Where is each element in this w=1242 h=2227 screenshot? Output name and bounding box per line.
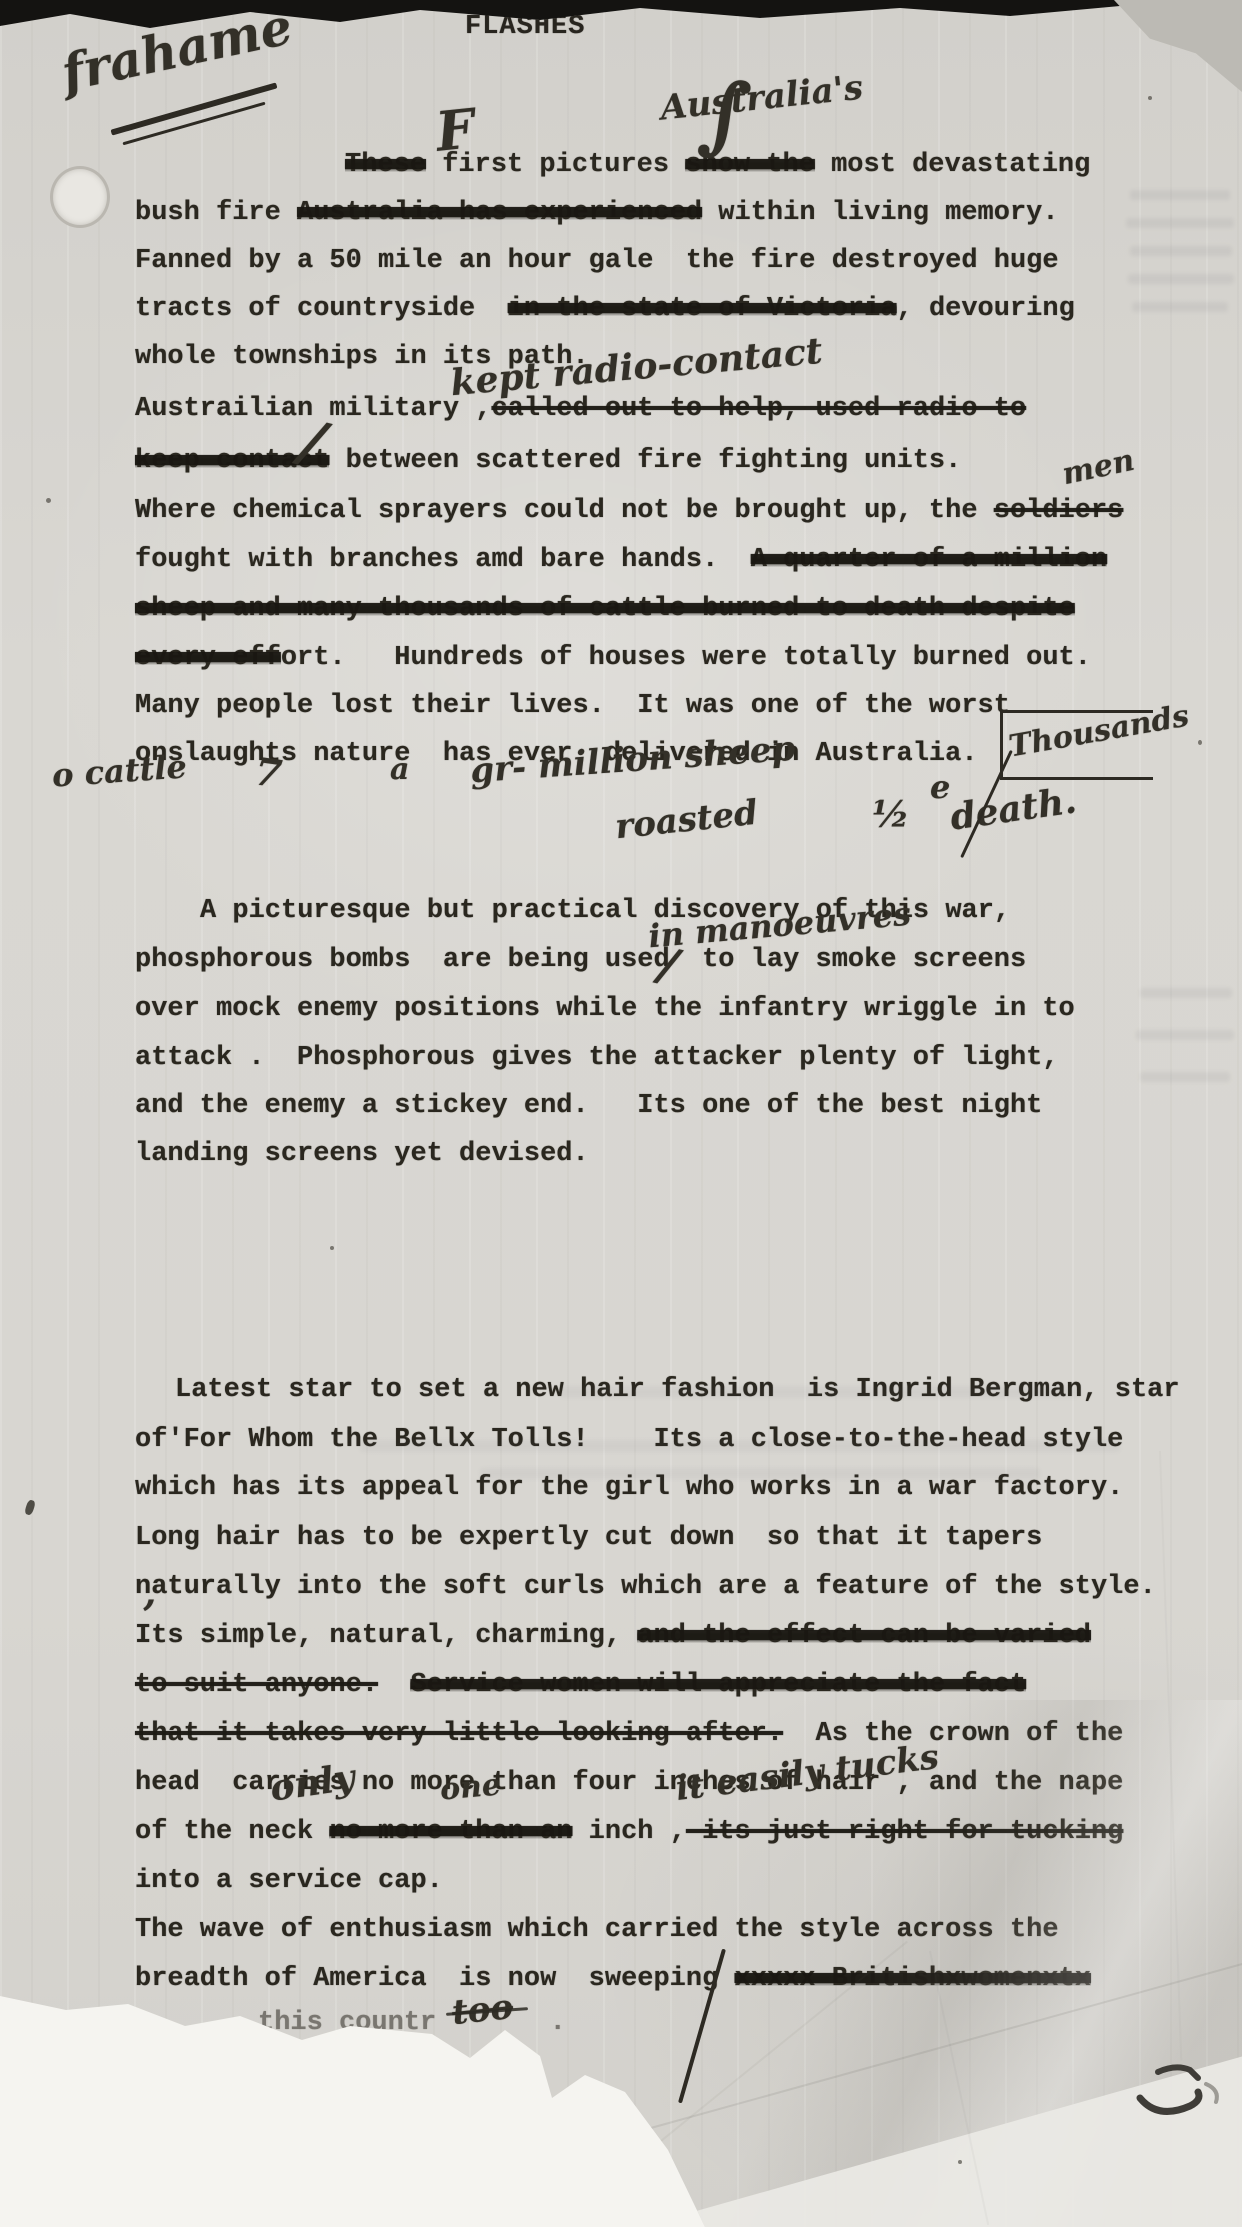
typed-text-segment: fought with branches amd bare hands. [135, 545, 751, 575]
bleedthrough-text [1132, 302, 1228, 312]
bleedthrough-text [1140, 1072, 1230, 1082]
typed-text-segment: Where chemical sprayers could not be bro… [135, 496, 994, 526]
typed-text-segment: Australia has experienced [297, 198, 702, 228]
handwritten-annotation: a [390, 752, 409, 787]
typed-text-segment: within living memory. [702, 198, 1058, 228]
typed-line: to suit anyone. Service women will appre… [135, 1670, 1026, 1700]
typed-line: phosphorous bombs are being used to lay … [135, 945, 1026, 975]
bleedthrough-text [1128, 274, 1234, 284]
typed-text-segment: A quarter of a million [751, 545, 1107, 575]
typed-text-segment: naturally into the soft curls which are … [135, 1572, 1156, 1602]
bleedthrough-text [560, 1386, 1080, 1398]
scanned-typescript-photo: { "document": { "title": "FLASHES", "col… [0, 0, 1242, 2227]
typed-text-segment: and the enemy a stickey end. Its one of … [135, 1091, 1042, 1121]
typed-text-segment: Hundreds of houses were totally burned o… [346, 643, 1091, 673]
typed-text-segment: Many people lost their lives. It was one… [135, 691, 1010, 721]
typed-line: into a service cap. [135, 1866, 443, 1896]
annotation-bracket [1000, 710, 1153, 780]
handwritten-annotation: only [267, 1756, 357, 1809]
bleedthrough-text [480, 1468, 1040, 1479]
typed-text-segment: phosphorous bombs are being used to lay … [135, 945, 1026, 975]
typed-text-segment: in the state of Victoria [508, 294, 897, 324]
typed-text-segment: landing screens yet devised. [135, 1139, 589, 1169]
typed-line: keep contact between scattered fire figh… [135, 446, 961, 476]
typed-text-segment: this countr [258, 2008, 436, 2038]
typed-text-segment: most devastating [815, 150, 1090, 180]
handwritten-annotation: men [1059, 443, 1137, 492]
typed-text-segment: bush fire [135, 198, 297, 228]
signature-flourish [111, 82, 278, 135]
typed-line: sheep and many thousands of cattle burne… [135, 594, 1075, 624]
handwritten-annotation: F [433, 96, 478, 164]
typed-text-segment: of the neck [135, 1817, 329, 1847]
typed-text-segment: , devouring [897, 294, 1075, 324]
typed-text-segment: Service women will appreciate the fact [410, 1670, 1026, 1700]
bleedthrough-text [1130, 190, 1230, 200]
typed-text-segment: These [345, 150, 426, 180]
handwritten-annotation: roasted [613, 793, 759, 848]
typed-text-segment: Long hair has to be expertly cut down so… [135, 1523, 1042, 1553]
ink-mark [24, 1499, 36, 1516]
typed-text-segment: Its simple, natural, charming, [135, 1621, 637, 1651]
bleedthrough-text [360, 1440, 1120, 1452]
handwritten-annotation: death. [948, 779, 1079, 838]
handwritten-annotation: Australia's [658, 67, 864, 128]
typed-text-segment: and the effect can be varied [637, 1621, 1091, 1651]
dust-speck [330, 1246, 334, 1250]
document-page: FLASHES These first pictures show the mo… [0, 0, 1242, 2227]
bleedthrough-text [1130, 246, 1232, 256]
typed-line: bush fire Australia has experienced with… [135, 198, 1059, 228]
typed-line: naturally into the soft curls which are … [135, 1572, 1156, 1602]
typed-line: and the enemy a stickey end. Its one of … [135, 1091, 1042, 1121]
typed-line: Austrailian military ,called out to help… [135, 394, 1026, 424]
handwritten-apostrophe: ’ [142, 1592, 156, 1639]
typed-line: over mock enemy positions while the infa… [135, 994, 1075, 1024]
dust-speck [1198, 740, 1202, 745]
typed-line: attack . Phosphorous gives the attacker … [135, 1043, 1059, 1073]
typed-line: Where chemical sprayers could not be bro… [135, 496, 1123, 526]
handwritten-annotation: one [439, 1767, 503, 1807]
typed-text-segment: Fanned by a 50 mile an hour gale the fir… [135, 246, 1059, 276]
typed-line: Its simple, natural, charming, and the e… [135, 1621, 1091, 1651]
typed-text-segment: soldiers [994, 496, 1124, 526]
handwritten-annotation: o cattle [51, 747, 188, 794]
typed-line: this countr . [258, 2008, 566, 2038]
handwritten-annotation: ½ [872, 794, 910, 836]
typed-text-segment: called out to help, used radio to [491, 394, 1026, 424]
typed-text-segment: attack . Phosphorous gives the attacker … [135, 1043, 1059, 1073]
typed-text-segment: tracts of countryside [135, 294, 508, 324]
typed-line: fought with branches amd bare hands. A q… [135, 545, 1107, 575]
paper-hole [50, 166, 110, 228]
typed-line: Many people lost their lives. It was one… [135, 691, 1010, 721]
dust-speck [958, 2160, 962, 2164]
dust-speck [46, 498, 51, 503]
typed-line: every effort. Hundreds of houses were to… [135, 643, 1091, 673]
typed-text-segment: ort. [281, 643, 346, 673]
typed-line: tracts of countryside in the state of Vi… [135, 294, 1075, 324]
typed-text-segment: to suit anyone. [135, 1670, 378, 1700]
page-curl-mark [1128, 2054, 1228, 2134]
bleedthrough-text [1140, 988, 1232, 998]
typed-text-segment: into a service cap. [135, 1866, 443, 1896]
typed-text-segment: every eff [135, 643, 281, 673]
typed-line: Fanned by a 50 mile an hour gale the fir… [135, 246, 1059, 276]
typed-text-segment [378, 1670, 410, 1700]
typed-text-segment: between scattered fire fighting units. [329, 446, 961, 476]
bleedthrough-text [1126, 218, 1234, 228]
typed-text-segment: sheep and many thousands of cattle burne… [135, 594, 1075, 624]
bleedthrough-text [1136, 1030, 1234, 1040]
pen-stroke-f: ∫ [695, 62, 755, 168]
typed-text-segment: no more than an [329, 1817, 572, 1847]
typed-line: landing screens yet devised. [135, 1139, 589, 1169]
handwritten-annotation: 7 [252, 748, 284, 796]
typed-line: Long hair has to be expertly cut down so… [135, 1523, 1042, 1553]
dust-speck [1148, 96, 1152, 100]
typed-text-segment: over mock enemy positions while the infa… [135, 994, 1075, 1024]
